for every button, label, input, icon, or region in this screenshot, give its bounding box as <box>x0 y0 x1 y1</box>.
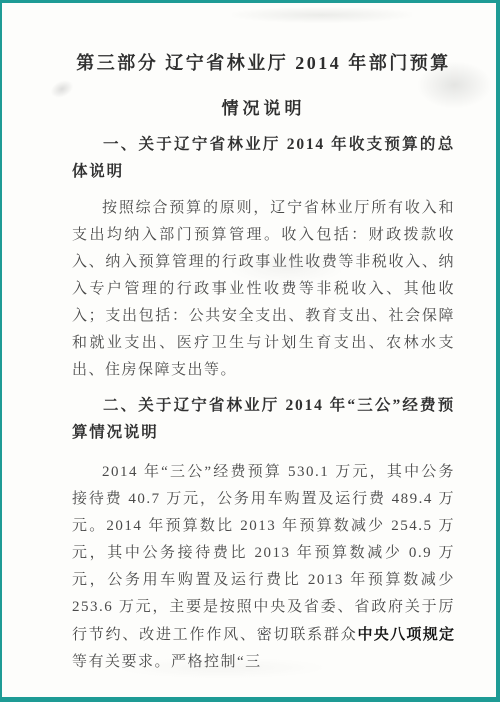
section2-paragraph-text: 2014 年“三公”经费预算 530.1 万元，其中公务接待费 40.7 万元，… <box>72 464 455 643</box>
section2-paragraph-tail: 等有关要求。严格控制“三 <box>72 654 262 670</box>
scanned-document-page: 第三部分 辽宁省林业厅 2014 年部门预算 情况说明 一、关于辽宁省林业厅 2… <box>0 0 500 702</box>
document-subtitle: 情况说明 <box>72 96 455 122</box>
section2-heading: 二、关于辽宁省林业厅 2014 年“三公”经费预算情况说明 <box>72 392 455 446</box>
section2-paragraph: 2014 年“三公”经费预算 530.1 万元，其中公务接待费 40.7 万元，… <box>72 459 455 676</box>
section1-paragraph: 按照综合预算的原则，辽宁省林业厅所有收入和支出均纳入部门预算管理。收入包括：财政… <box>72 195 455 384</box>
section1-heading: 一、关于辽宁省林业厅 2014 年收支预算的总体说明 <box>72 131 455 185</box>
document-title: 第三部分 辽宁省林业厅 2014 年部门预算 <box>72 50 455 76</box>
document-content: 第三部分 辽宁省林业厅 2014 年部门预算 情况说明 一、关于辽宁省林业厅 2… <box>72 3 455 676</box>
central-eight-provisions-highlight: 中央八项规定 <box>358 626 455 643</box>
